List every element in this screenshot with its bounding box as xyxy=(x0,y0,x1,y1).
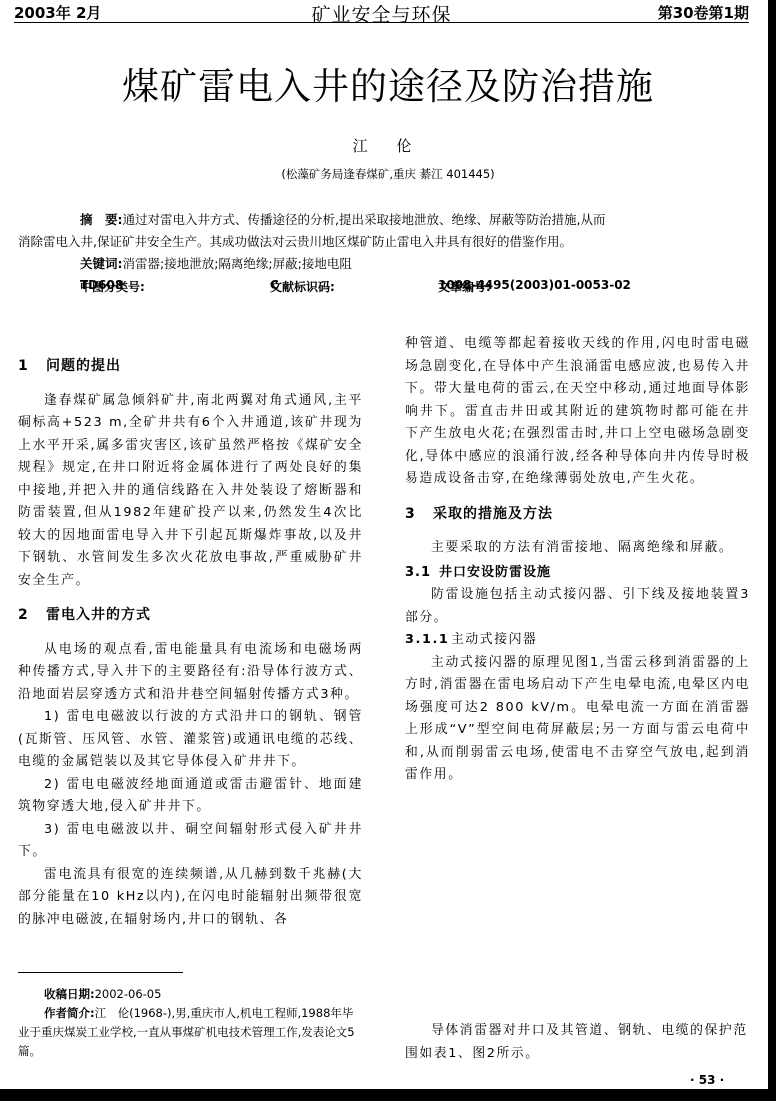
section-3-heading: 3采取的措施及方法 xyxy=(405,503,750,526)
section-3-1-heading: 3.1井口安设防雷设施 xyxy=(405,562,750,585)
page-number: · 53 · xyxy=(690,1073,724,1087)
section-2-paragraph-1: 从电场的观点看,雷电能量具有电流场和电磁场两种传播方式,导入井下的主要路径有:沿… xyxy=(18,639,363,707)
right-column-bottom: 导体消雷器对井口及其管道、钢轨、电缆的保护范围如表1、图2所示。 xyxy=(405,1020,750,1065)
affiliation: (松藻矿务局逢春煤矿,重庆 綦江 401445) xyxy=(0,166,776,182)
section-2-paragraph-5: 雷电流具有很宽的连续频谱,从几赫到数千兆赫(大部分能量在10 kHz以内),在闪… xyxy=(18,864,363,932)
running-head: 2003年 2月 矿业安全与环保 第30卷第1期 xyxy=(14,0,749,23)
section-3-paragraph: 主要采取的方法有消雷接地、隔离绝缘和屏蔽。 xyxy=(405,537,750,560)
clc-value: TD608 xyxy=(80,278,123,292)
scan-edge-bottom xyxy=(0,1089,776,1101)
section-3-1-1-heading: 3.1.1主动式接闪器 xyxy=(405,629,750,652)
abstract-label: 摘 要: xyxy=(80,212,123,227)
section-3-1-1-paragraph: 主动式接闪器的原理见图1,当雷云移到消雷器的上方时,消雷器在雷电场启动下产生电晕… xyxy=(405,652,750,787)
received-label: 收稿日期: xyxy=(44,987,95,1001)
section-2-item-3: 3) 雷电电磁波以井、硐空间辐射形式侵入矿井井下。 xyxy=(18,819,363,864)
section-1-paragraph: 逢春煤矿属急倾斜矿井,南北两翼对角式通风,主平硐标高+523 m,全矿井共有6个… xyxy=(18,390,363,593)
abstract: 摘 要:通过对雷电入井方式、传播途径的分析,提出采取接地泄放、绝缘、屏蔽等防治措… xyxy=(48,209,728,253)
keywords: 关键词:消雷器;接地泄放;隔离绝缘;屏蔽;接地电阻 xyxy=(80,254,352,272)
paper-title: 煤矿雷电入井的途径及防治措施 xyxy=(0,56,776,110)
doc-code-label: 文献标识码: xyxy=(270,278,335,295)
article-id-value: 1008-4495(2003)01-0053-02 xyxy=(438,278,631,292)
section-2-item-2: 2) 雷电电磁波经地面通道或雷击避雷针、地面建筑物穿透大地,侵入矿井井下。 xyxy=(18,774,363,819)
section-1-heading: 1问题的提出 xyxy=(18,355,363,378)
left-column: 1问题的提出 逢春煤矿属急倾斜矿井,南北两翼对角式通风,主平硐标高+523 m,… xyxy=(18,343,363,931)
doc-code-value: C xyxy=(270,278,279,292)
section-2-heading: 2雷电入井的方式 xyxy=(18,604,363,627)
protection-range-paragraph: 导体消雷器对井口及其管道、钢轨、电缆的保护范围如表1、图2所示。 xyxy=(405,1020,750,1065)
journal-name: 矿业安全与环保 xyxy=(14,0,749,27)
section-3-1-paragraph: 防雷设施包括主动式接闪器、引下线及接地装置3部分。 xyxy=(405,584,750,629)
footnote-rule xyxy=(18,972,183,973)
bio-label: 作者简介: xyxy=(44,1006,95,1020)
keywords-text: 消雷器;接地泄放;隔离绝缘;屏蔽;接地电阻 xyxy=(123,256,352,271)
abstract-line-2: 消除雷电入井,保证矿井安全生产。其成功做法对云贵川地区煤矿防止雷电入井具有很好的… xyxy=(18,231,718,253)
right-column: 种管道、电缆等都起着接收天线的作用,闪电时雷电磁场急剧变化,在导体中产生浪涌雷电… xyxy=(405,333,750,787)
continued-paragraph: 种管道、电缆等都起着接收天线的作用,闪电时雷电磁场急剧变化,在导体中产生浪涌雷电… xyxy=(405,333,750,491)
footnote: 收稿日期:2002-06-05 作者简介:江 伦(1968-),男,重庆市人,机… xyxy=(18,985,363,1061)
author: 江 伦 xyxy=(0,135,776,156)
volume-issue: 第30卷第1期 xyxy=(658,2,749,23)
received-date: 2002-06-05 xyxy=(95,987,162,1001)
abstract-line-1: 通过对雷电入井方式、传播途径的分析,提出采取接地泄放、绝缘、屏蔽等防治措施,从而 xyxy=(123,212,606,227)
section-2-item-1: 1) 雷电电磁波以行波的方式沿井口的钢轨、钢管(瓦斯管、压风管、水管、灌浆管)或… xyxy=(18,706,363,774)
keywords-label: 关键词: xyxy=(80,256,123,271)
